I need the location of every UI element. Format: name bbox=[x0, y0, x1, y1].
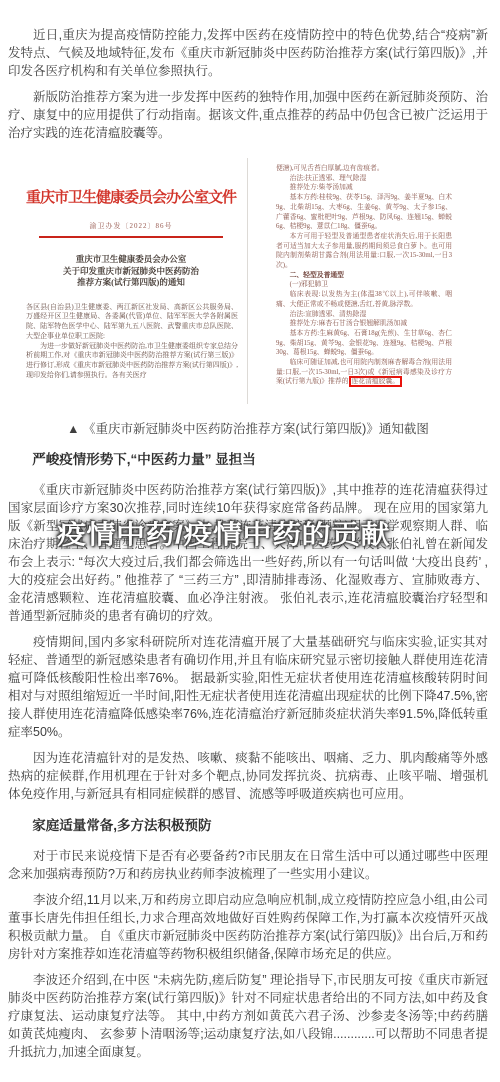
doc-right-section-heading: 二、轻型及普通型 bbox=[276, 271, 452, 281]
doc-right-line: 本方可用于轻型及普通型患者症状消失后,用于长阳患者可适当加大太子参用量,服药期间… bbox=[276, 232, 452, 271]
doc-title-line-1: 重庆市卫生健康委员会办公室 bbox=[18, 254, 244, 266]
doc-right-line: 临床表现:以发热为主(体温38℃以上),可伴咳嗽、咽痛、大便正常或不畅或便溏,舌… bbox=[276, 290, 452, 309]
doc-title: 重庆市卫生健康委员会办公室 关于印发重庆市新冠肺炎中医药防治 推荐方案(试行第四… bbox=[18, 254, 244, 289]
doc-red-divider-line bbox=[39, 236, 223, 238]
page-divider-line bbox=[247, 158, 248, 404]
doc-right-line: 便溏),可见舌苔白厚腻,边有齿痕者。 bbox=[276, 164, 452, 174]
doc-right-line: 推荐处方:麻杏石甘汤合银翘解肌汤加减 bbox=[276, 319, 452, 329]
doc-left-body-para-2: 为进一步做好新冠肺炎中医药防治,市卫生健康委组织专家总结分析前期工作,对《重庆市… bbox=[26, 342, 238, 381]
doc-left-body-para-1: 各区县(自治县)卫生健康委、两江新区社发局、高新区公共服务局、万盛经开区卫生健康… bbox=[26, 303, 238, 342]
doc-red-header: 重庆市卫生健康委员会办公室文件 bbox=[18, 190, 244, 207]
section-heading-1: 严峻疫情形势下,“中医药力量” 显担当 bbox=[8, 451, 488, 469]
highlighted-drug-name: 连花清瘟胶囊。 bbox=[349, 376, 403, 387]
doc-right-last-line: 临床可随证加减,也可用院内制剂麻杏解毒合剂(用法用量:口服,一次15-30ml,… bbox=[276, 358, 452, 387]
paragraph-4: 疫情期间,国内多家科研院所对连花清瘟开展了大量基础研究与临床实验,证实其对轻症、… bbox=[8, 633, 488, 741]
paragraph-1: 近日,重庆为提高疫情防控能力,发挥中医药在疫情防控中的特色优势,结合“疫病”新发… bbox=[8, 26, 488, 80]
paragraph-5: 因为连花清瘟针对的是发热、咳嗽、痰黏不能咳出、咽痛、乏力、肌肉酸痛等外感热病的症… bbox=[8, 749, 488, 803]
paragraph-6: 对于市民来说疫情下是否有必要备药?市民朋友在日常生活中可以通过哪些中医理念来加强… bbox=[8, 847, 488, 883]
doc-right-line: 治法:宣肺透邪、清热除湿 bbox=[276, 310, 452, 320]
doc-right-line: 推荐处方:柴苓汤加减 bbox=[276, 183, 452, 193]
doc-title-line-3: 推荐方案(试行第四版)的通知 bbox=[18, 277, 244, 289]
paragraph-7: 李波介绍,11月以来,万和药房立即启动应急响应机制,成立疫情防控应急小组,由公司… bbox=[8, 891, 488, 963]
doc-page-right: 便溏),可见舌苔白厚腻,边有齿痕者。 治法:扶正透邪、理气除湿 推荐处方:柴苓汤… bbox=[276, 164, 452, 408]
paragraph-8: 李波还介绍到,在中医 “未病先防,瘥后防复” 理论指导下,市民朋友可按《重庆市新… bbox=[8, 971, 488, 1061]
doc-page-left: 重庆市卫生健康委员会办公室文件 渝卫办发〔2022〕86号 重庆市卫生健康委员会… bbox=[18, 150, 244, 408]
document-screenshot-image[interactable]: 重庆市卫生健康委员会办公室文件 渝卫办发〔2022〕86号 重庆市卫生健康委员会… bbox=[8, 150, 488, 408]
doc-left-body: 各区县(自治县)卫生健康委、两江新区社发局、高新区公共服务局、万盛经开区卫生健康… bbox=[26, 303, 238, 381]
doc-right-line: 基本方药:生麻黄6g、石膏18g(先煎)、生甘草6g、杏仁9g、柴胡15g、黄芩… bbox=[276, 329, 452, 358]
caption-text: 《重庆市新冠肺炎中医药防治推荐方案(试行第四版)》通知截图 bbox=[83, 422, 429, 436]
doc-title-line-2: 关于印发重庆市新冠肺炎中医药防治 bbox=[18, 266, 244, 278]
paragraph-2: 新版防治推荐方案为进一步发挥中医药的独特作用,加强中医药在新冠肺炎预防、治疗、康… bbox=[8, 88, 488, 142]
doc-right-line: 治法:扶正透邪、理气除湿 bbox=[276, 174, 452, 184]
article-body: 近日,重庆为提高疫情防控能力,发挥中医药在疫情防控中的特色优势,结合“疫病”新发… bbox=[0, 0, 500, 1061]
paragraph-3: 《重庆市新冠肺炎中医药防治推荐方案(试行第四版)》,其中推荐的连花清瘟获得过国家… bbox=[8, 481, 488, 625]
caption-triangle-icon: ▲ bbox=[67, 422, 79, 436]
doc-right-line: (一)邪犯肺卫 bbox=[276, 280, 452, 290]
section-heading-2: 家庭适量常备,多方法积极预防 bbox=[8, 817, 488, 835]
doc-number: 渝卫办发〔2022〕86号 bbox=[18, 221, 244, 231]
doc-right-line: 基本方药:桂枝9g、茯苓15g、泽泻9g、姜半夏9g、白术9g、北柴胡15g、大… bbox=[276, 193, 452, 232]
image-caption: ▲ 《重庆市新冠肺炎中医药防治推荐方案(试行第四版)》通知截图 bbox=[8, 421, 488, 437]
